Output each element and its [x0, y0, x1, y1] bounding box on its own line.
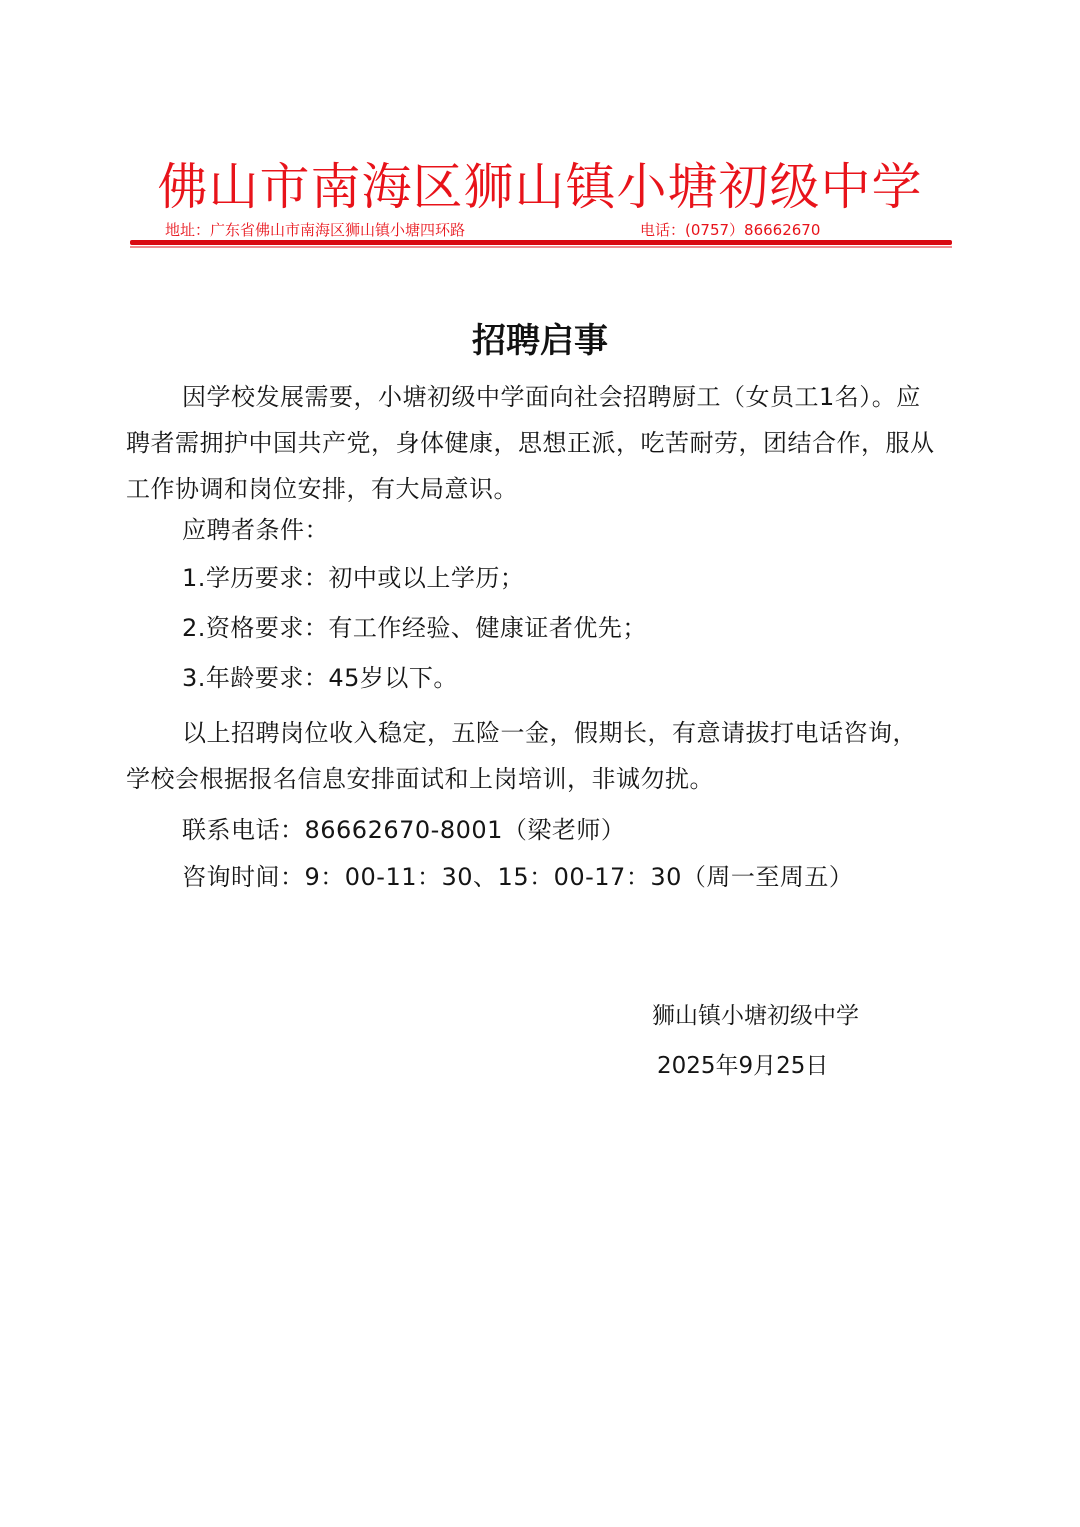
- benefits-paragraph: 以上招聘岗位收入稳定，五险一金，假期长，有意请拔打电话咨询，学校会根据报名信息安…: [126, 710, 938, 802]
- consult-hours: 咨询时间：9：00-11：30、15：00-17：30（周一至周五）: [182, 857, 853, 897]
- notice-title: 招聘启事: [0, 318, 1080, 364]
- condition-item-qualification: 2.资格要求：有工作经验、健康证者优先；: [182, 608, 647, 648]
- condition-item-age: 3.年龄要求：45岁以下。: [182, 658, 458, 698]
- school-phone: 电话：(0757）86662670: [640, 220, 820, 240]
- signature-issuer: 狮山镇小塘初级中学: [652, 998, 859, 1034]
- signature-date: 2025年9月25日: [657, 1048, 828, 1084]
- letterhead-divider: [130, 240, 952, 245]
- school-name-header: 佛山市南海区狮山镇小塘初级中学: [0, 155, 1080, 219]
- school-address: 地址：广东省佛山市南海区狮山镇小塘四环路: [165, 220, 465, 240]
- contact-phone: 联系电话：86662670-8001（梁老师）: [182, 810, 625, 850]
- intro-paragraph: 因学校发展需要，小塘初级中学面向社会招聘厨工（女员工1名）。应聘者需拥护中国共产…: [126, 374, 938, 512]
- letterhead-divider-shadow: [130, 246, 952, 248]
- conditions-heading: 应聘者条件：: [182, 510, 329, 550]
- condition-item-education: 1.学历要求：初中或以上学历；: [182, 558, 524, 598]
